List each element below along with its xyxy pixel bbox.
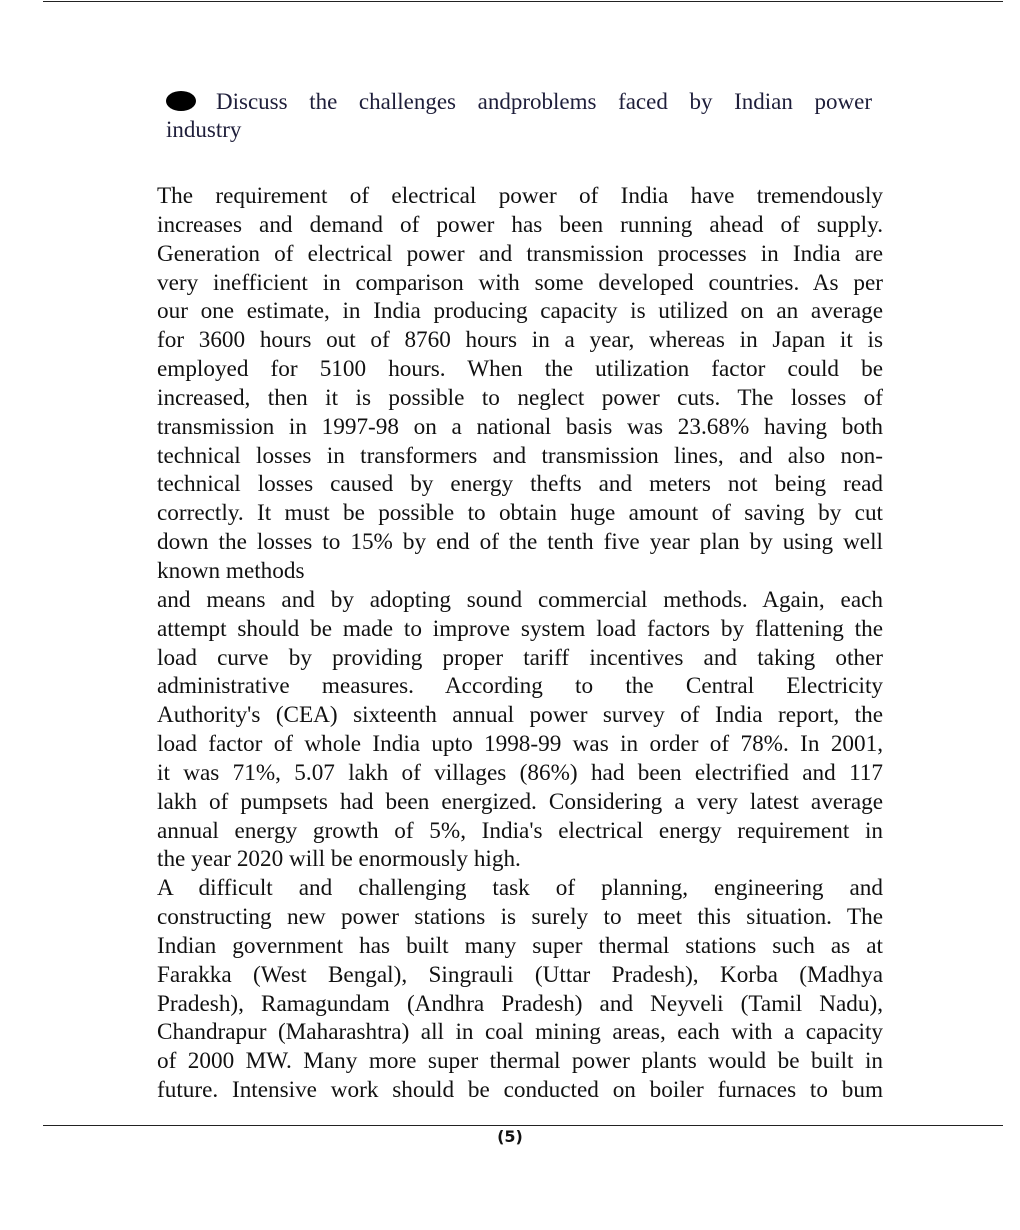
text-line: correctly. It must be possible to obtain… xyxy=(157,499,883,528)
paragraph: and means and by adopting sound commerci… xyxy=(157,586,883,874)
text-line: Chandrapur (Maharashtra) all in coal min… xyxy=(157,1018,883,1047)
text-line: The requirement of electrical power of I… xyxy=(157,182,883,211)
text-line: Authority's (CEA) sixteenth annual power… xyxy=(157,701,883,730)
body-text: The requirement of electrical power of I… xyxy=(157,182,883,1105)
text-line: load curve by providing proper tariff in… xyxy=(157,644,883,673)
text-line: attempt should be made to improve system… xyxy=(157,615,883,644)
text-line: of 2000 MW. Many more super thermal powe… xyxy=(157,1047,883,1076)
text-line: A difficult and challenging task of plan… xyxy=(157,874,883,903)
question-line-1: Discuss the challenges andproblems faced… xyxy=(166,88,872,116)
text-line: the year 2020 will be enormously high. xyxy=(157,845,883,874)
text-line: for 3600 hours out of 8760 hours in a ye… xyxy=(157,326,883,355)
text-line: and means and by adopting sound commerci… xyxy=(157,586,883,615)
text-line: Indian government has built many super t… xyxy=(157,932,883,961)
text-line: it was 71%, 5.07 lakh of villages (86%) … xyxy=(157,759,883,788)
text-line: constructing new power stations is surel… xyxy=(157,903,883,932)
text-line: down the losses to 15% by end of the ten… xyxy=(157,528,883,557)
text-line: Pradesh), Ramagundam (Andhra Pradesh) an… xyxy=(157,990,883,1019)
question-text-2: industry xyxy=(166,117,241,142)
text-line: very inefficient in comparison with some… xyxy=(157,269,883,298)
paragraph: The requirement of electrical power of I… xyxy=(157,182,883,586)
text-line: technical losses caused by energy thefts… xyxy=(157,470,883,499)
text-line: future. Intensive work should be conduct… xyxy=(157,1076,883,1105)
text-line: Generation of electrical power and trans… xyxy=(157,240,883,269)
text-line: load factor of whole India upto 1998-99 … xyxy=(157,730,883,759)
question-text-1: Discuss the challenges andproblems faced… xyxy=(216,89,872,114)
text-line: employed for 5100 hours. When the utiliz… xyxy=(157,355,883,384)
text-line: increases and demand of power has been r… xyxy=(157,211,883,240)
question-heading: Discuss the challenges andproblems faced… xyxy=(166,88,872,144)
text-line: lakh of pumpsets had been energized. Con… xyxy=(157,788,883,817)
text-line: known methods xyxy=(157,557,883,586)
text-line: increased, then it is possible to neglec… xyxy=(157,384,883,413)
page-number: (5) xyxy=(0,1127,1020,1146)
paragraph: A difficult and challenging task of plan… xyxy=(157,874,883,1105)
text-line: Farakka (West Bengal), Singrauli (Uttar … xyxy=(157,961,883,990)
top-rule xyxy=(43,1,1003,2)
bullet-icon xyxy=(166,91,196,111)
text-line: transmission in 1997-98 on a national ba… xyxy=(157,413,883,442)
text-line: technical losses in transformers and tra… xyxy=(157,442,883,471)
text-line: our one estimate, in India producing cap… xyxy=(157,297,883,326)
text-line: administrative measures. According to th… xyxy=(157,672,883,701)
text-line: annual energy growth of 5%, India's elec… xyxy=(157,817,883,846)
bottom-rule xyxy=(43,1125,1003,1126)
